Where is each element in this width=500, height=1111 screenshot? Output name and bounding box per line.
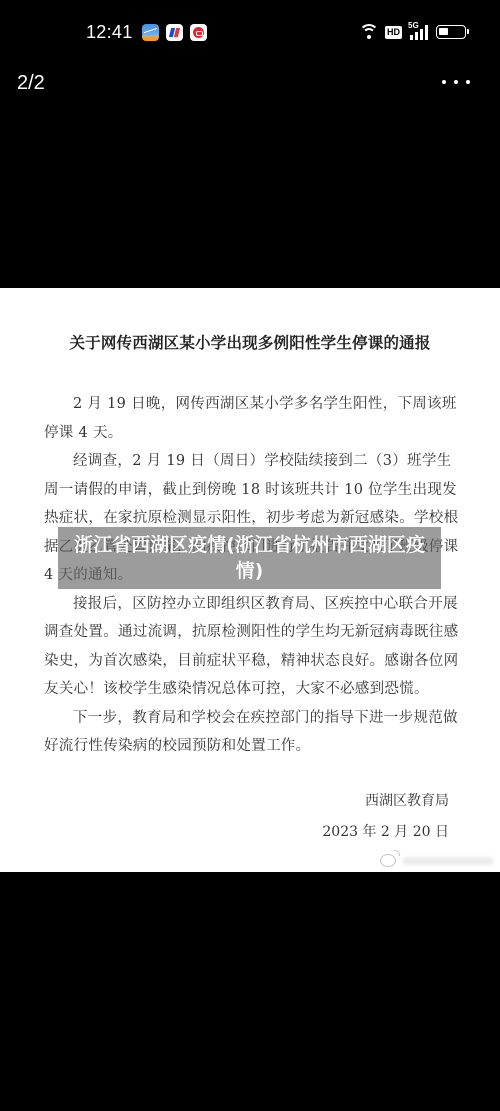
signature-org: 西湖区教育局	[365, 790, 449, 810]
caption-text: 浙江省西湖区疫情(浙江省杭州市西湖区疫情)	[70, 532, 430, 584]
more-dots-icon	[442, 80, 446, 84]
watermark	[380, 854, 494, 867]
more-dots-icon	[454, 80, 458, 84]
caption-overlay: 浙江省西湖区疫情(浙江省杭州市西湖区疫情)	[58, 527, 441, 589]
network-type-label: 5G	[408, 21, 419, 30]
chart-app-icon	[142, 24, 159, 41]
more-options-button[interactable]	[442, 80, 470, 84]
document-paragraph: 接报后，区防控办立即组织区教育局、区疾控中心联合开展调查处置。通过流调，抗原检测…	[44, 590, 464, 704]
notification-icons	[142, 24, 207, 41]
signature-date: 2023 年 2 月 20 日	[322, 821, 449, 841]
document-paragraph: 2 月 19 日晚，网传西湖区某小学多名学生阳性，下周该班停课 4 天。	[44, 390, 464, 447]
battery-icon	[436, 25, 466, 39]
news-app-icon	[166, 24, 183, 41]
5g-signal-icon: 5G	[408, 24, 430, 40]
hd-icon: HD	[385, 26, 402, 39]
system-icons: HD 5G	[359, 24, 466, 40]
wifi-icon	[359, 24, 379, 40]
status-bar: 12:41 HD 5G	[0, 0, 500, 66]
weibo-icon	[380, 854, 396, 867]
page-counter: 2/2	[17, 72, 45, 95]
watermark-text-blurred	[402, 857, 494, 865]
red-app-icon	[190, 24, 207, 41]
status-time: 12:41	[86, 22, 133, 43]
viewer-header: 2/2	[0, 66, 500, 106]
more-dots-icon	[466, 80, 470, 84]
document-title: 关于网传西湖区某小学出现多例阳性学生停课的通报	[0, 331, 500, 353]
document-paragraph: 下一步，教育局和学校会在疾控部门的指导下进一步规范做好流行性传染病的校园预防和处…	[44, 704, 464, 761]
image-viewer-screen: 12:41 HD 5G 2/2	[0, 0, 500, 1111]
